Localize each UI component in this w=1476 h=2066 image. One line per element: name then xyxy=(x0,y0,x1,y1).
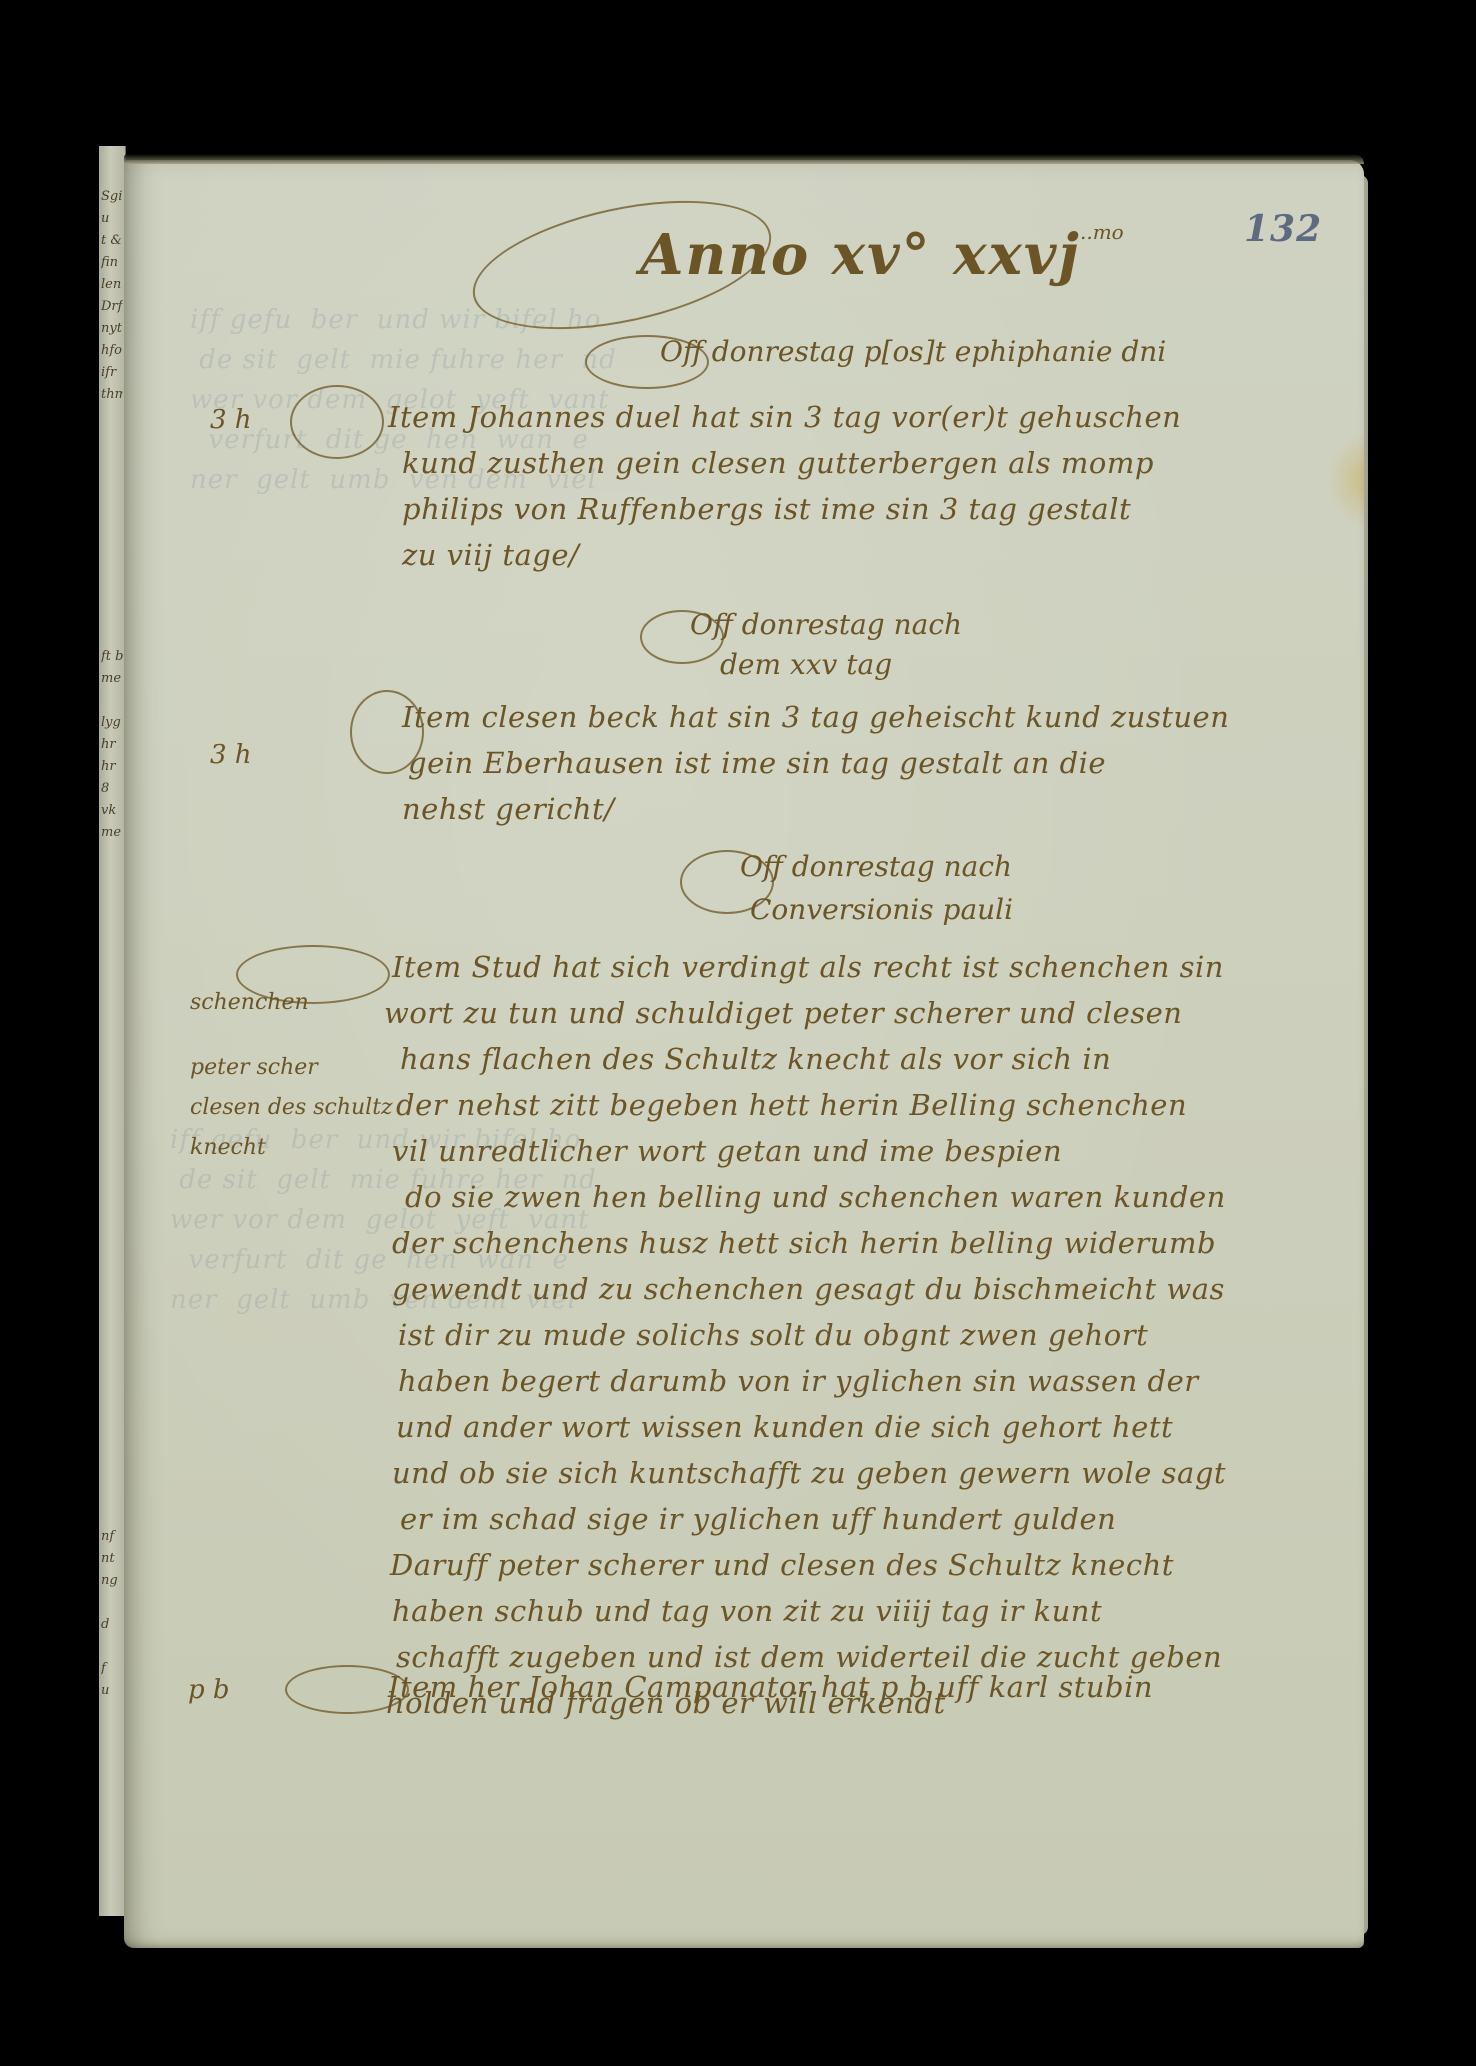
entry-3-line: und ander wort wissen kunden die sich ge… xyxy=(396,1410,1173,1444)
binding-strip: Sgi u t & fin len Drf nyt hfor ifr thm f… xyxy=(99,146,126,1916)
entry-1-date-heading: Off donrestag p[os]t ephiphanie dni xyxy=(660,335,1166,368)
entry-2-date-heading-line-2: dem xxv tag xyxy=(720,648,892,681)
binding-strip-text-mid: ft b me lyg hr hr 8 vk me xyxy=(101,646,123,844)
entry-3-line: haben schub und tag von zit zu viiij tag… xyxy=(392,1594,1102,1628)
binding-strip-text-top: Sgi u t & fin len Drf nyt hfor ifr thm xyxy=(101,186,123,406)
entry-3-margin-note-2: peter scher xyxy=(190,1050,318,1086)
heading-year-superscript: ..mo xyxy=(1080,220,1124,244)
entry-3-line: und ob sie sich kuntschafft zu geben gew… xyxy=(392,1456,1226,1490)
entry-3-margin-note-3: clesen des schultz xyxy=(190,1090,393,1126)
entry-3-line: hans flachen des Schultz knecht als vor … xyxy=(400,1042,1111,1076)
entry-1-line: Item Johannes duel hat sin 3 tag vor(er)… xyxy=(388,400,1181,434)
entry-2-date-heading-line-1: Off donrestag nach xyxy=(690,608,962,641)
entry-3-line: vil unredtlicher wort getan und ime besp… xyxy=(392,1134,1062,1168)
entry-2-margin-note: 3 h xyxy=(210,740,252,770)
entry-3-line: der schenchens husz hett sich herin bell… xyxy=(392,1226,1216,1260)
entry-4-line: Item her Johan Campanator hat p b uff ka… xyxy=(388,1670,1153,1704)
entry-1-line: kund zusthen gein clesen gutterbergen al… xyxy=(402,446,1154,480)
entry-3-line: wort zu tun und schuldiget peter scherer… xyxy=(384,996,1182,1030)
entry-3-line: haben begert darumb von ir yglichen sin … xyxy=(398,1364,1199,1398)
entry-3-date-heading-line-2: Conversionis pauli xyxy=(750,893,1013,926)
entry-3-line: ist dir zu mude solichs solt du obgnt zw… xyxy=(398,1318,1148,1352)
entry-2-line: Item clesen beck hat sin 3 tag geheischt… xyxy=(402,700,1229,734)
entry-3-line: do sie zwen hen belling und schenchen wa… xyxy=(405,1180,1226,1214)
entry-2-line: nehst gericht/ xyxy=(402,792,614,826)
entry-4-margin-note: p b xyxy=(188,1675,230,1705)
entry-3-date-heading-line-1: Off donrestag nach xyxy=(740,850,1012,883)
entry-1-line: philips von Ruffenbergs ist ime sin 3 ta… xyxy=(402,492,1131,526)
entry-1-margin-note: 3 h xyxy=(210,405,252,435)
entry-3-line: gewendt und zu schenchen gesagt du bisch… xyxy=(392,1272,1225,1306)
binding-strip-text-low: nf nt ng d f u xyxy=(101,1526,123,1702)
entry-3-line: der nehst zitt begeben hett herin Bellin… xyxy=(396,1088,1187,1122)
heading-year: Anno xv° xxvj xyxy=(640,222,1081,288)
entry-3-line: Item Stud hat sich verdingt als recht is… xyxy=(392,950,1224,984)
entry-3-line: er im schad sige ir yglichen uff hundert… xyxy=(400,1502,1116,1536)
entry-3-line: schafft zugeben und ist dem widerteil di… xyxy=(396,1640,1222,1674)
entry-3-line: Daruff peter scherer und clesen des Schu… xyxy=(390,1548,1174,1582)
entry-3-margin-note-4: knecht xyxy=(190,1130,266,1166)
entry-1-line: zu viij tage/ xyxy=(402,538,579,572)
entry-3-margin-note-1: schenchen xyxy=(190,985,309,1021)
entry-2-line: gein Eberhausen ist ime sin tag gestalt … xyxy=(408,746,1106,780)
folio-number: 132 xyxy=(1244,208,1322,250)
